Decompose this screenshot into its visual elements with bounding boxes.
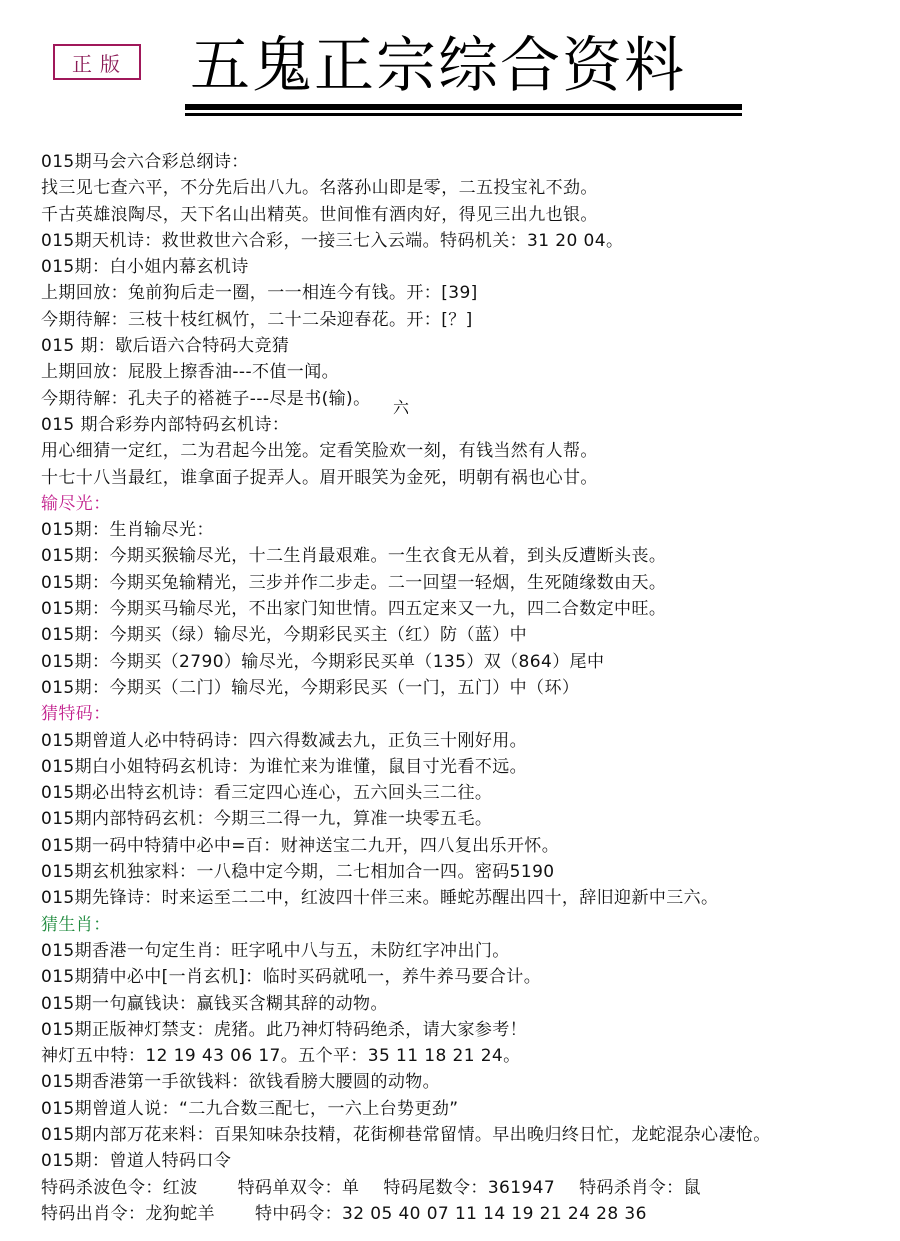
tianji-poem-line: 015期天机诗：救世救世六合彩，一接三七入云端。特码机关：31 20 04。 [41,228,891,254]
list-item: 015期先锋诗：时来运至二二中，红波四十伴三来。睡蛇苏醒出四十，辞旧迎新中三六。 [41,885,891,911]
list-item: 015期香港一句定生肖：旺字吼中八与五，未防红字冲出门。 [41,938,891,964]
list-item: 015期：今期买马输尽光，不出家门知世情。四五定来又一九，四二合数定中旺。 [41,596,891,622]
list-item: 015期：今期买（二门）输尽光，今期彩民买（一门，五门）中（环） [41,675,891,701]
list-item: 015期香港第一手欲钱料：欲钱看膀大腰圆的动物。 [41,1069,891,1095]
section-title-internal-poem: 015 期合彩券内部特码玄机诗： [41,412,891,438]
section-title-baixiaojie: 015期：白小姐内幕玄机诗 [41,254,891,280]
list-item: 015期内部万花来料：百果知味杂技精，花街柳巷常留情。早出晚归终日忙，龙蛇混杂心… [41,1122,891,1148]
commands-row-1: 特码杀波色令：红波特码单双令：单特码尾数令：361947特码杀肖令：鼠 [41,1175,891,1201]
command-tail-number: 特码尾数令：361947 [383,1178,555,1198]
section-title-commands: 015期：曾道人特码口令 [41,1148,891,1174]
list-item: 015期一句赢钱诀：赢钱买含糊其辞的动物。 [41,991,891,1017]
previous-review-line: 上期回放：屁股上擦香油---不值一闻。 [41,359,891,385]
command-special-numbers: 特中码令：32 05 40 07 11 14 19 21 24 28 36 [255,1204,647,1224]
list-item: 015期曾道人说：“二九合数三配七，一六上台势更劲” [41,1096,891,1122]
title-underline-thick [185,104,742,110]
heading-guess-zodiac: 猜生肖： [41,912,891,938]
document-body: 015期马会六合彩总纲诗： 找三见七查六平，不分先后出八九。名落孙山即是零，二五… [41,149,891,1227]
list-item: 015期猜中必中[一肖玄机]：临时买码就吼一，养牛养马要合计。 [41,964,891,990]
list-item: 015期：今期买猴输尽光，十二生肖最艰难。一生衣食无从着，到头反遭断头丧。 [41,543,891,569]
list-item: 015期正版神灯禁支：虎猪。此乃神灯特码绝杀，请大家参考！ [41,1017,891,1043]
list-item: 015期：今期买兔输精光，三步并作二步走。二一回望一轻烟，生死随缘数由天。 [41,570,891,596]
command-zodiac-out: 特码出肖令：龙狗蛇羊 [41,1204,215,1224]
title-underline-thin [185,113,742,116]
list-item: 015期必出特玄机诗：看三定四心连心，五六回头三二往。 [41,780,891,806]
list-item: 015期白小姐特码玄机诗：为谁忙来为谁懂，鼠目寸光看不远。 [41,754,891,780]
poem-line: 十七十八当最红，谁拿面子捉弄人。眉开眼笑为金死，明朝有祸也心甘。 [41,465,891,491]
list-item: 015期内部特码玄机：今期三二得一九，算准一块零五毛。 [41,806,891,832]
list-item: 015期：生肖输尽光： [41,517,891,543]
list-item: 015期一码中特猜中必中=百：财神送宝二九开，四八复出乐开怀。 [41,833,891,859]
current-riddle-line: 今期待解：孔夫子的褡裢子---尽是书(输)。 [41,386,891,412]
command-odd-even: 特码单双令：单 [238,1178,360,1198]
command-kill-color: 特码杀波色令：红波 [41,1178,198,1198]
section-title-xiehouyu: 015 期：歇后语六合特码大竞猜 [41,333,891,359]
list-item: 015期玄机独家料：一八稳中定今期，二七相加合一四。密码5190 [41,859,891,885]
poem-line: 找三见七查六平，不分先后出八九。名落孙山即是零，二五投宝礼不劲。 [41,175,891,201]
page-title: 五鬼正宗综合资料 [190,30,750,102]
poem-line: 用心细猜一定红，二为君起今出笼。定看笑脸欢一刻，有钱当然有人帮。 [41,438,891,464]
command-kill-zodiac: 特码杀肖令：鼠 [579,1178,701,1198]
poem-line: 千古英雄浪陶尽，天下名山出精英。世间惟有酒肉好，得见三出九也银。 [41,202,891,228]
list-item: 015期：今期买（2790）输尽光，今期彩民买单（135）双（864）尾中 [41,649,891,675]
previous-review-line: 上期回放：兔前狗后走一圈，一一相连今有钱。开：[39] [41,280,891,306]
commands-row-2: 特码出肖令：龙狗蛇羊特中码令：32 05 40 07 11 14 19 21 2… [41,1201,891,1227]
heading-guess-special-number: 猜特码： [41,701,891,727]
list-item: 神灯五中特：12 19 43 06 17。五个平：35 11 18 21 24。 [41,1043,891,1069]
list-item: 015期：今期买（绿）输尽光，今期彩民买主（红）防（蓝）中 [41,622,891,648]
current-riddle-line: 今期待解：三枝十枝红枫竹，二十二朵迎春花。开：[？] [41,307,891,333]
list-item: 015期曾道人必中特码诗：四六得数减去九，正负三十刚好用。 [41,728,891,754]
genuine-badge: 正版 [53,44,141,80]
heading-lose-all: 输尽光： [41,491,891,517]
section-title-master-poem: 015期马会六合彩总纲诗： [41,149,891,175]
handwritten-annotation: 六 [393,395,409,418]
